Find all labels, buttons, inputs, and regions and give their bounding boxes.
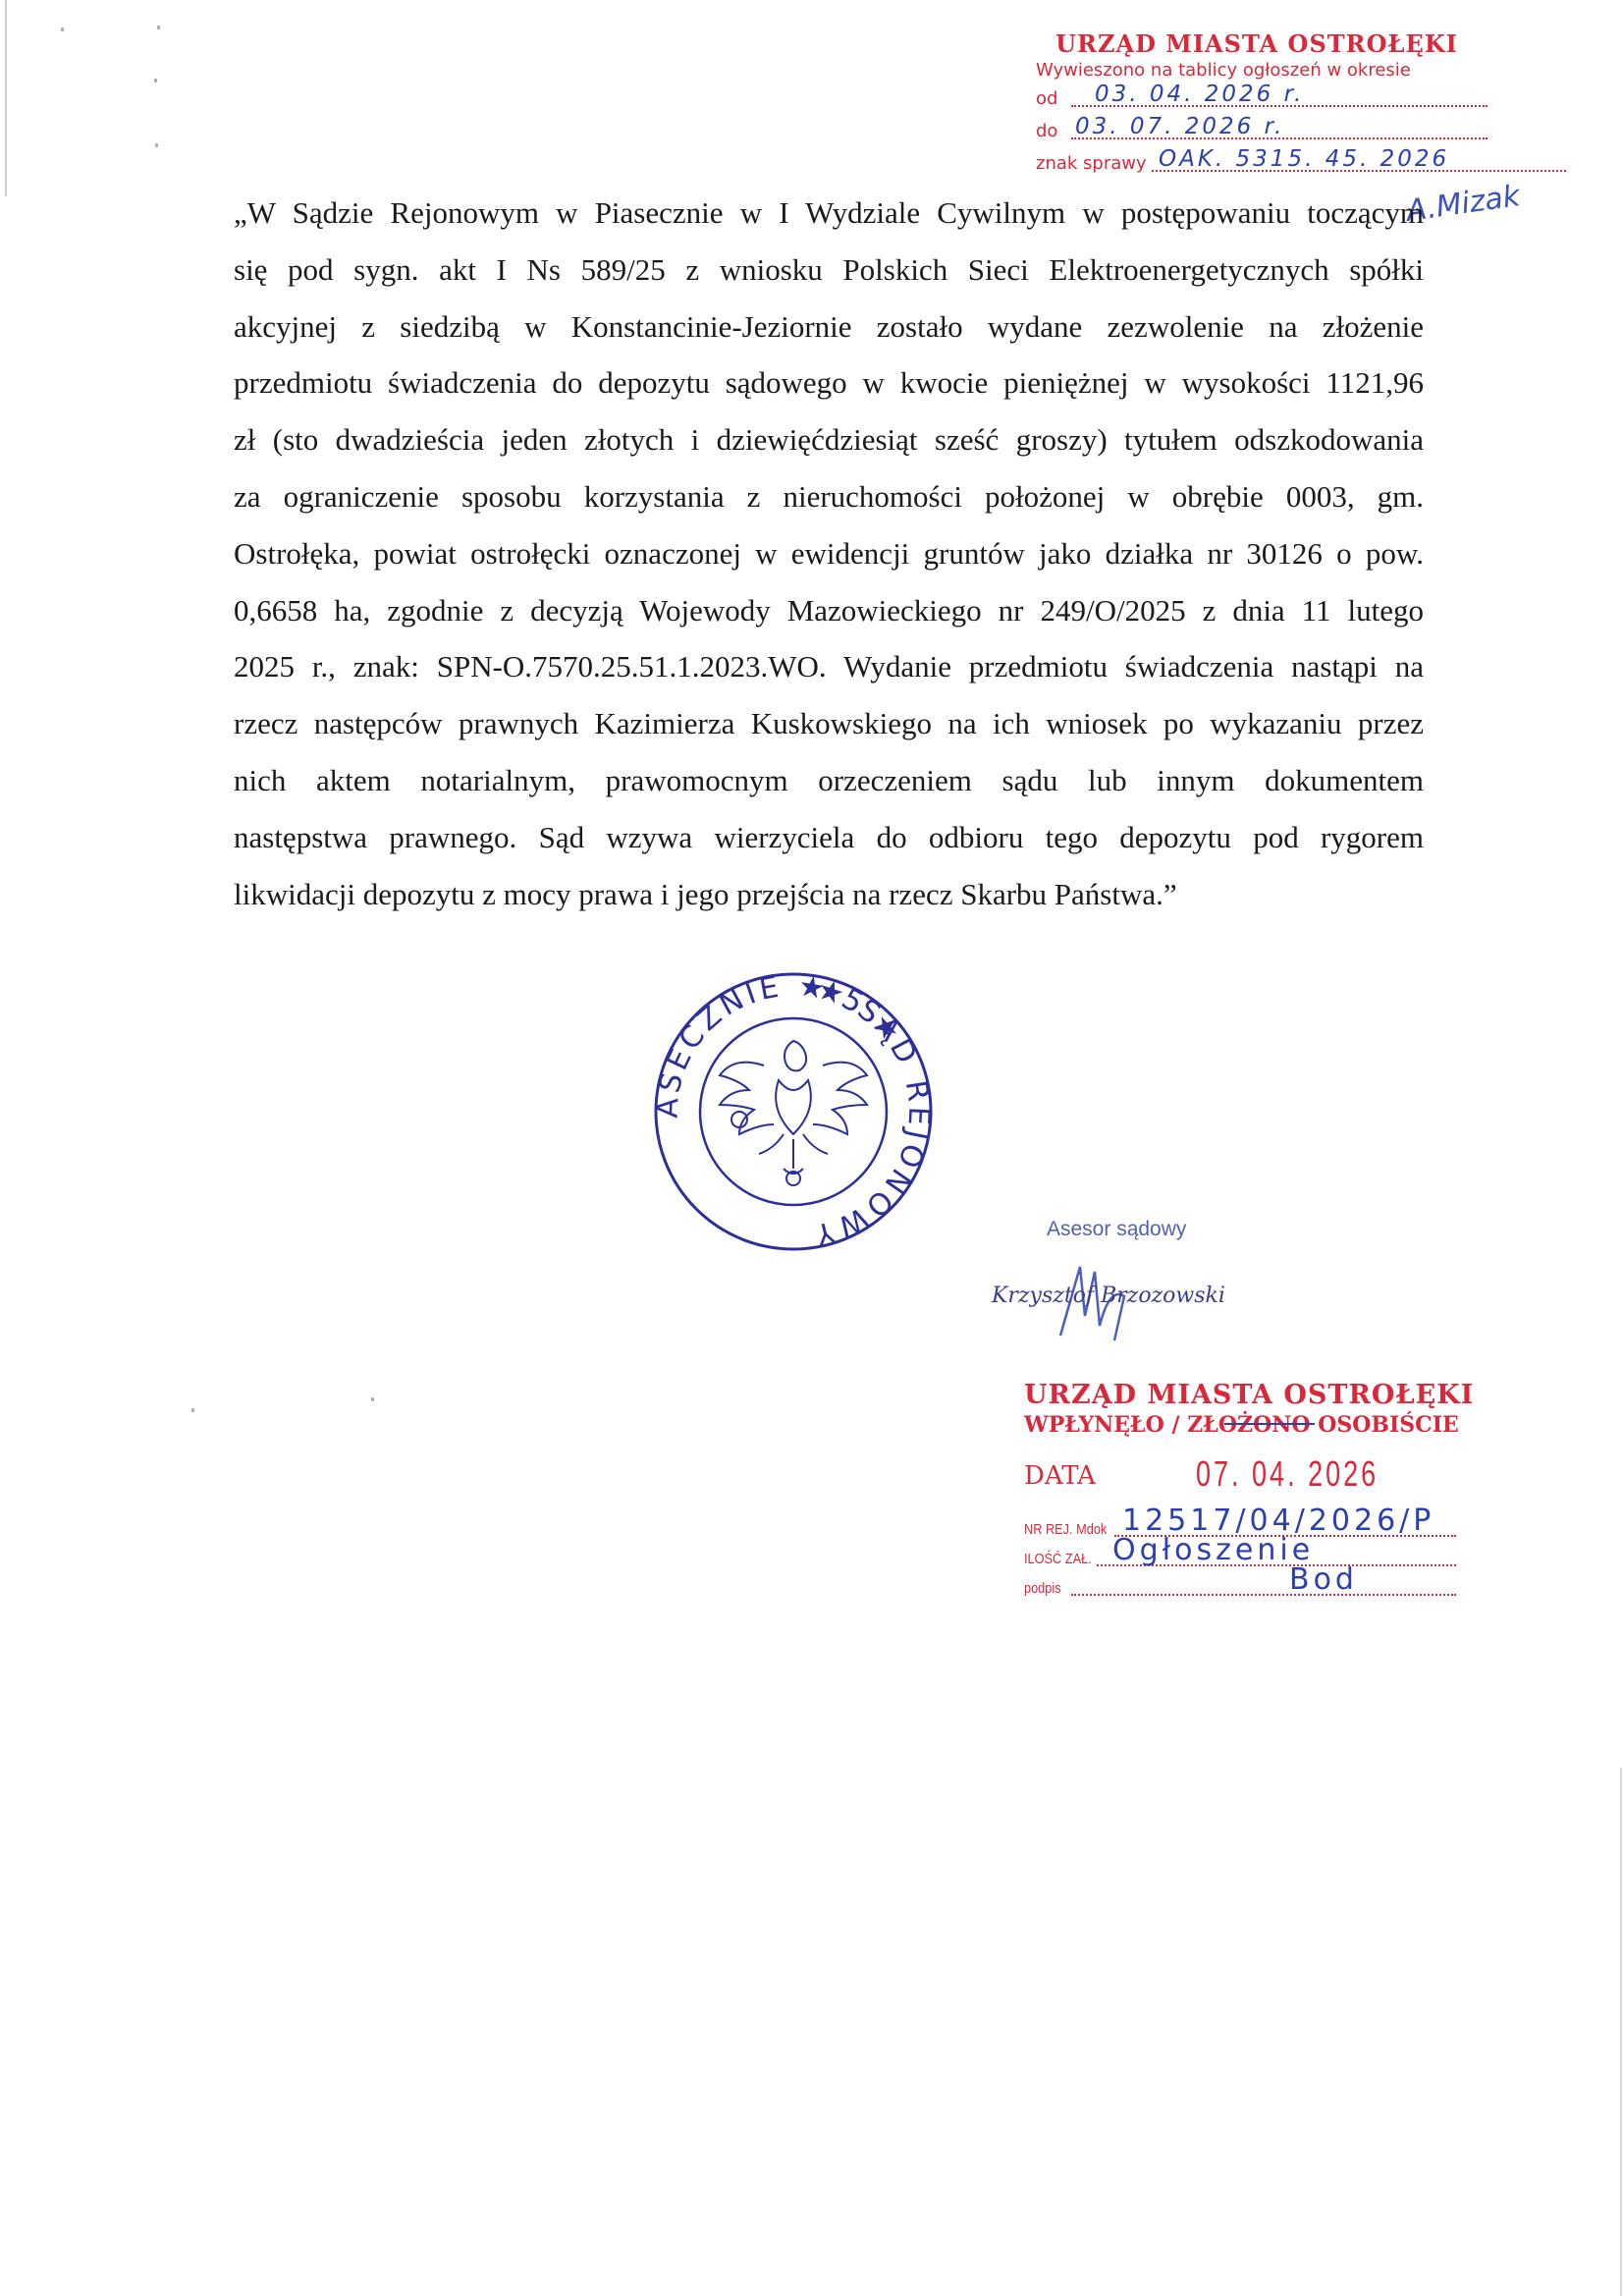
received-date-row: DATA 07. 04. 2026 [1024, 1451, 1456, 1510]
scan-speck [61, 27, 64, 31]
stamp-to-label: do [1036, 121, 1057, 141]
text-line: rzecz następców prawnych Kazimierza Kusk… [234, 695, 1424, 752]
text-line: następstwa prawnego. Sąd wzywa wierzycie… [234, 809, 1424, 866]
text-line: się pod sygn. akt I Ns 589/25 z wniosku … [234, 242, 1424, 299]
stamp-to-value: 03. 07. 2026 r. [1075, 114, 1284, 139]
stamp-from-label: od [1036, 88, 1057, 109]
scanned-document-page: URZĄD MIASTA OSTROŁĘKI Wywieszono na tab… [0, 0, 1623, 2296]
text-line: „W Sądzie Rejonowym w Piasecznie w I Wyd… [234, 185, 1424, 242]
text-line: Ostrołęka, powiat ostrołęcki oznaczonej … [234, 525, 1424, 582]
scan-edge-line [5, 0, 7, 196]
scan-speck [157, 26, 160, 29]
signature-row: podpis Bod [1024, 1569, 1456, 1599]
received-date-label: DATA [1024, 1461, 1096, 1491]
announcement-text: „W Sądzie Rejonowym w Piasecznie w I Wyd… [234, 185, 1424, 922]
stamp-from-value: 03. 04. 2026 r. [1095, 82, 1304, 107]
received-date-value: 07. 04. 2026 [1196, 1453, 1379, 1495]
text-line: akcyjnej z siedzibą w Konstancinie-Jezio… [234, 299, 1424, 355]
eagle-emblem-icon [720, 1041, 867, 1185]
text-line: 0,6658 ha, zgodnie z decyzją Wojewody Ma… [234, 582, 1424, 639]
struck-option: ZŁOŻONO [1187, 1412, 1310, 1438]
text-line: nich aktem notarialnym, prawomocnym orze… [234, 752, 1424, 809]
scan-speck [154, 79, 157, 82]
dotted-line [1071, 1594, 1456, 1596]
scan-speck [371, 1397, 374, 1401]
registry-number-label: NR REJ. Mdok [1024, 1521, 1107, 1538]
stamp-posted-label: Wywieszono na tablicy ogłoszeń w okresie [1036, 60, 1527, 81]
stamp-case-label: znak sprawy [1036, 153, 1147, 174]
stamp-office-name: URZĄD MIASTA OSTROŁĘKI [1041, 29, 1473, 58]
attachments-row: ILOŚĆ ZAŁ. Ogłoszenie [1024, 1540, 1456, 1569]
received-stamp-mode: WPŁYNĘŁO / ZŁOŻONO OSOBIŚCIE [1024, 1412, 1456, 1438]
court-seal-stamp: ★ SĄD REJONOWY W PIASECZNIE ★ 5 ★ [646, 972, 941, 1252]
stamp-case-value: OAK. 5315. 45. 2026 [1159, 146, 1449, 172]
seal-text-bottom: W PIASECZNIE ★ 5 ★ [646, 972, 910, 1119]
scan-speck [155, 143, 158, 147]
attachments-label: ILOŚĆ ZAŁ. [1024, 1551, 1092, 1567]
signer-role: Asesor sądowy [1047, 1218, 1186, 1241]
text-line: 2025 r., znak: SPN-O.7570.25.51.1.2023.W… [234, 638, 1424, 695]
text-line: przedmiotu świadczenia do depozytu sądow… [234, 355, 1424, 411]
received-stamp-office: URZĄD MIASTA OSTROŁĘKI [1024, 1380, 1456, 1410]
scan-speck [191, 1408, 194, 1412]
stamp-case-row: znak sprawy OAK. 5315. 45. 2026 [1036, 145, 1527, 178]
signature-label: podpis [1024, 1580, 1061, 1597]
scan-edge-line [1620, 1768, 1622, 2296]
svg-text:W PIASECZNIE ★ 5 ★: W PIASECZNIE ★ 5 ★ [646, 972, 910, 1119]
text-line: likwidacji depozytu z mocy prawa i jego … [234, 866, 1424, 923]
attachments-value: Ogłoszenie [1112, 1533, 1314, 1567]
text-line: zł (sto dwadzieścia jeden złotych i dzie… [234, 411, 1424, 468]
signer-name: Krzysztof Brzozowski [992, 1284, 1225, 1308]
received-stamp: URZĄD MIASTA OSTROŁĘKI WPŁYNĘŁO / ZŁOŻON… [1024, 1380, 1456, 1599]
stamp-to-row: do 03. 07. 2026 r. [1036, 113, 1527, 145]
text-line: za ograniczenie sposobu korzystania z ni… [234, 468, 1424, 525]
posting-stamp: URZĄD MIASTA OSTROŁĘKI Wywieszono na tab… [1036, 29, 1527, 178]
stamp-from-row: od 03. 04. 2026 r. [1036, 81, 1527, 113]
signature-value: Bod [1289, 1562, 1358, 1597]
